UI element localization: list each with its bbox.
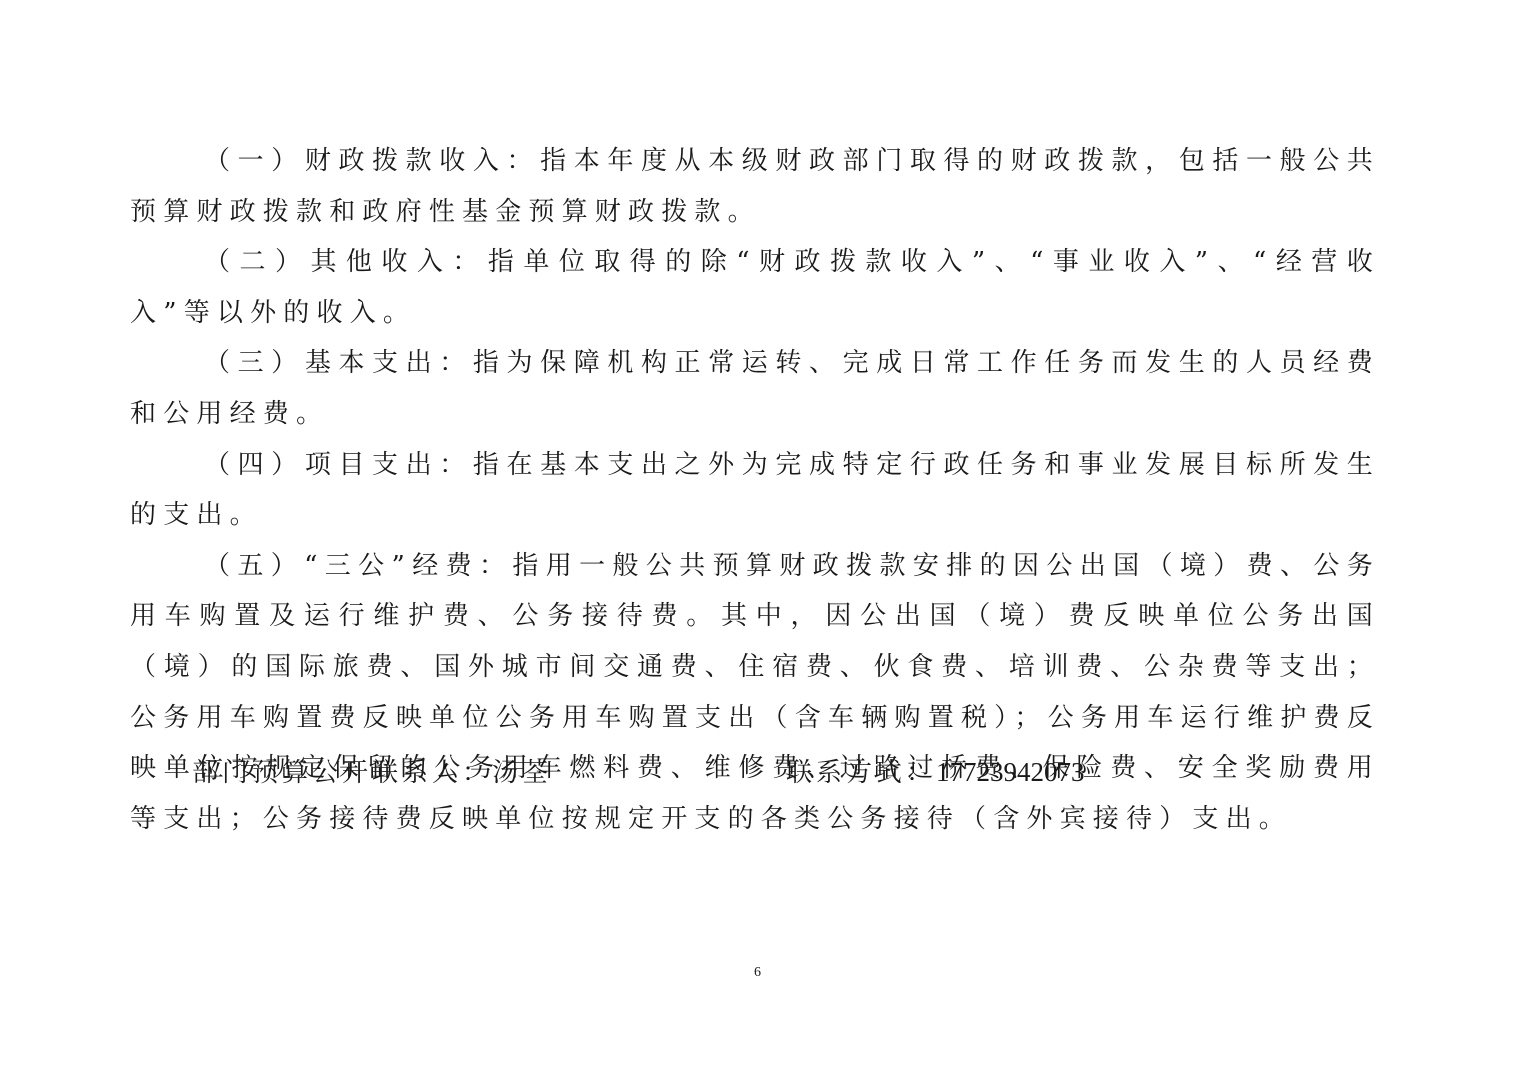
paragraph-project-expenditure: （四）项目支出：指在基本支出之外为完成特定行政任务和事业发展目标所发生的支出。 (130, 440, 1380, 541)
contact-person-name: 汤荃 (492, 758, 552, 788)
contact-method: 联系方式：17723942073 (786, 752, 1085, 789)
paragraph-three-public-expenses: （五）“三公”经费：指用一般公共预算财政拨款安排的因公出国（境）费、公务用车购置… (130, 541, 1380, 845)
paragraph-fiscal-appropriation-income: （一）财政拨款收入：指本年度从本级财政部门取得的财政拨款，包括一般公共预算财政拨… (130, 136, 1380, 237)
page-number: 6 (754, 965, 761, 981)
document-page: （一）财政拨款收入：指本年度从本级财政部门取得的财政拨款，包括一般公共预算财政拨… (0, 0, 1520, 1074)
paragraph-other-income: （二）其他收入：指单位取得的除“财政拨款收入”、“事业收入”、“经营收入”等以外… (130, 237, 1380, 338)
contact-phone: 17723942073 (936, 757, 1085, 787)
contact-person: 部门预算公开联系人：汤荃 (192, 752, 552, 789)
contact-method-label: 联系方式： (786, 758, 936, 788)
paragraph-basic-expenditure: （三）基本支出：指为保障机构正常运转、完成日常工作任务而发生的人员经费和公用经费… (130, 338, 1380, 439)
contact-person-label: 部门预算公开联系人： (192, 758, 492, 788)
document-body: （一）财政拨款收入：指本年度从本级财政部门取得的财政拨款，包括一般公共预算财政拨… (130, 136, 1380, 844)
